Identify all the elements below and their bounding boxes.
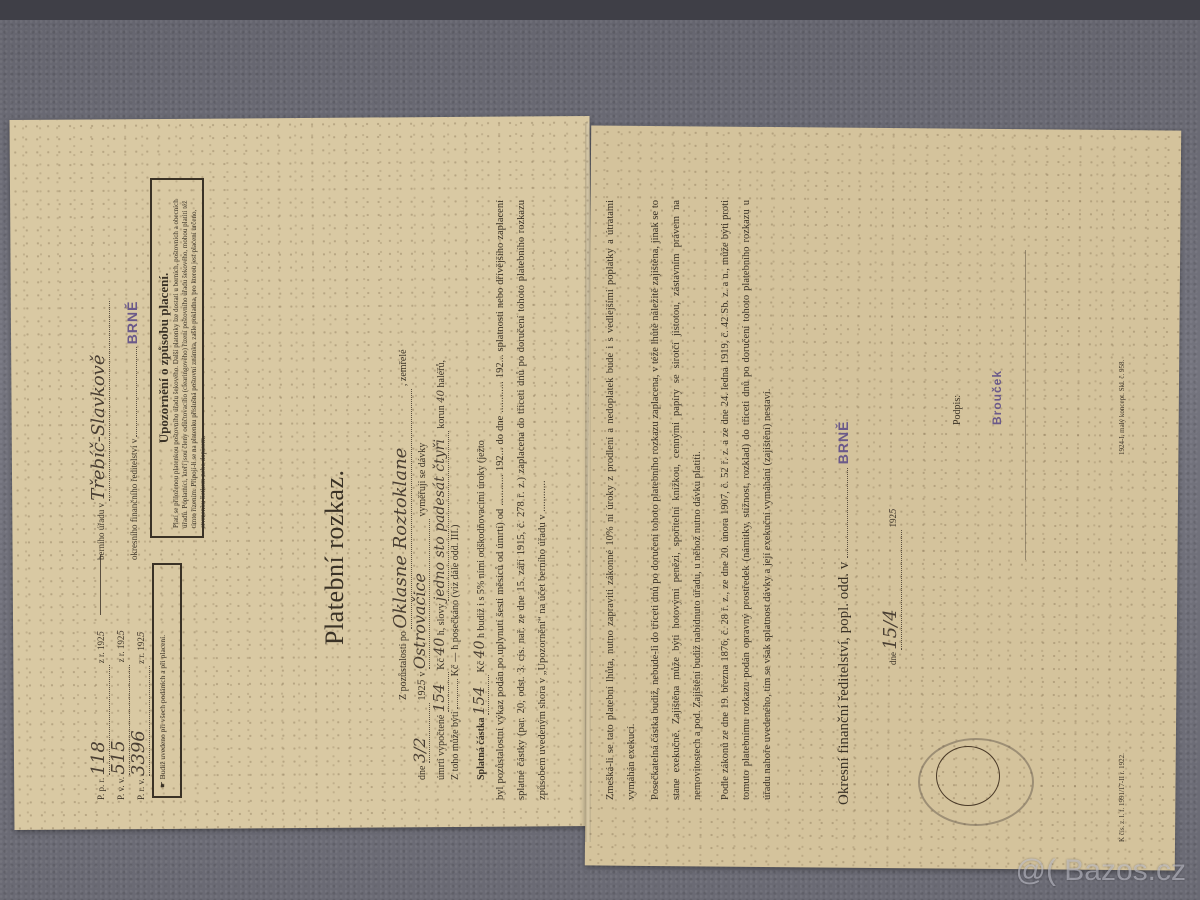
directorate-line: okresního finančního ředitelství v BRNĚ bbox=[124, 301, 140, 560]
bazos-watermark: @( Bazos.cz bbox=[1016, 854, 1187, 888]
brace-line bbox=[100, 555, 101, 615]
issue-date-line: dne 15/4 1925 bbox=[880, 508, 902, 665]
signature-stamp: Brouček bbox=[990, 370, 1004, 425]
office-line: berního úřadu v Třebíč-Slavkově bbox=[88, 301, 110, 560]
signature-rule bbox=[1025, 250, 1026, 560]
estate-line: Z pozůstalosti po Oklasne Roztoklane , z… bbox=[390, 349, 412, 700]
deferred-line: Z toho může býti Kč — h posečkáno (viz d… bbox=[450, 524, 461, 780]
date-place-line: dne 3/2 1925 v Ostrovačice vyměřuji se d… bbox=[410, 443, 430, 780]
paragraph-payment-terms: byl pozůstalostní výkaz podán po uplynut… bbox=[490, 200, 553, 800]
fabric-background bbox=[0, 0, 1200, 20]
paragraph-deferral: Posečkatelná částka budiž, nebude-li do … bbox=[645, 200, 708, 800]
paragraph-late-payment: Zmešká-li se tato platební lhůta, nutno … bbox=[600, 200, 642, 800]
seal-inner-ring bbox=[936, 746, 1000, 806]
page-title: Platební rozkaz. bbox=[320, 470, 350, 646]
issuer-line: Okresní finanční ředitelství, popl. odd.… bbox=[835, 421, 853, 805]
payment-notice-box: Upozornění o způsobu placení. Platí se p… bbox=[150, 178, 204, 538]
reference-notice-box: ☛ Budiž uvedeno při všech podáních a při… bbox=[152, 563, 182, 798]
due-amount-line: Splatná částka 154 Kč 40 h budiž i s 5% … bbox=[470, 440, 489, 780]
paragraph-appeal: Podle zákonů ze dne 19. března 1876, č. … bbox=[715, 200, 778, 800]
header-row-1: P. p. r. 118 z r. 1925 bbox=[88, 631, 110, 800]
signature-label: Podpis: bbox=[952, 395, 963, 425]
form-reference-right: 1924-I, malý koncept. Skl. č. 958. bbox=[1118, 360, 1126, 455]
pointing-hand-icon: ☛ bbox=[158, 781, 167, 788]
header-row-3: P. r. v. 3396 z r. 1925 bbox=[128, 631, 150, 800]
form-reference-left: K čís. z. l. f. 1991/17-II r. 1922. bbox=[1118, 753, 1126, 842]
amount-line: úmrtí vypočtené 154 Kč 40 h, slovy jedno… bbox=[430, 360, 449, 780]
header-row-2: P. v. v. 515 z r. 1925 bbox=[108, 630, 130, 800]
document-fold-crease bbox=[585, 122, 591, 842]
